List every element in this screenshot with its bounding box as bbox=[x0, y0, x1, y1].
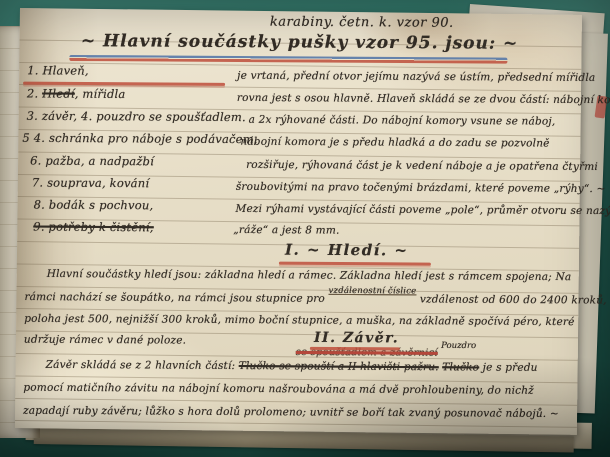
handwriting-segment: 5 4. schránka pro náboje s podávačem, bbox=[22, 131, 257, 146]
handwriting-segment: nábojní komora je s předu hladká a do za… bbox=[240, 136, 549, 150]
handwriting-segment: šroubovitými na pravo točenými brázdami,… bbox=[236, 181, 606, 195]
body-line: udržuje rámec v dané poloze. bbox=[24, 335, 186, 346]
list-item: 3. závěr, 4. pouzdro se spoušťadlem. bbox=[27, 111, 246, 124]
handwriting-segment: udržuje rámec v dané poloze. bbox=[24, 334, 186, 347]
body-line: „ráže“ a jest 8 mm. bbox=[233, 225, 339, 236]
handwriting-segment: rámci nachází se šoupátko, na rámci jsou… bbox=[24, 291, 328, 305]
list-item: 5 4. schránka pro náboje s podávačem, bbox=[22, 133, 257, 146]
handwriting-segment: 8. bodák s pochvou, bbox=[34, 198, 154, 213]
handwriting-segment: je vrtaná, přední otvor jejímu nazývá se… bbox=[237, 70, 595, 84]
handwriting-segment: 6. pažba, a nadpažbí bbox=[30, 154, 154, 169]
body-line: nábojní komora je s předu hladká a do za… bbox=[240, 137, 549, 149]
list-item: 6. pažba, a nadpažbí bbox=[30, 156, 154, 168]
body-line: a 2x rýhované části. Do nábojní komory v… bbox=[249, 115, 556, 127]
list-item: 2. Hledí, mířidla bbox=[27, 88, 126, 100]
section-heading: I. ~ Hledí. ~ bbox=[285, 243, 408, 259]
handwriting-segment: , mířidla bbox=[75, 87, 126, 101]
list-item: 7. souprava, kování bbox=[32, 178, 149, 190]
photo-background: karabiny. četn. k. vzor 90.~ Hlavní souč… bbox=[0, 0, 610, 457]
handwriting-segment: 9. potřeby k čistění, bbox=[33, 220, 153, 235]
body-line: šroubovitými na pravo točenými brázdami,… bbox=[236, 182, 606, 195]
handwriting-segment: ~ Hlavní součástky pušky vzor 95. jsou: … bbox=[81, 31, 519, 54]
handwriting-segment: Tlučko bbox=[442, 361, 479, 373]
section-heading: II. Závěr. bbox=[314, 331, 399, 346]
handwriting-segment: rovna jest s osou hlavně. Hlaveň skládá … bbox=[237, 92, 610, 106]
handwriting-segment: 1. Hlaveň, bbox=[27, 63, 89, 77]
handwriting-segment: II. Závěr. bbox=[314, 330, 399, 347]
notebook-page: karabiny. četn. k. vzor 90.~ Hlavní souč… bbox=[15, 8, 582, 435]
header-note: karabiny. četn. k. vzor 90. bbox=[270, 16, 454, 30]
handwriting-segment: Hledí bbox=[42, 86, 75, 100]
handwriting-segment: „ráže“ a jest 8 mm. bbox=[233, 224, 339, 237]
handwriting-segment: 2. bbox=[27, 86, 42, 100]
list-item: 1. Hlaveň, bbox=[27, 65, 89, 77]
handwriting-segment: 3. závěr, 4. pouzdro se spoušťadlem. bbox=[27, 109, 246, 124]
handwriting-segment: 7. souprava, kování bbox=[32, 176, 149, 191]
handwriting-segment: je s předu bbox=[479, 361, 538, 373]
handwriting-segment: Tlučko se spouští a II hlavišti pažru. bbox=[239, 360, 439, 373]
handwriting-segment: Mezi rýhami vystávající části poveme „po… bbox=[236, 203, 610, 217]
page-title: ~ Hlavní součástky pušky vzor 95. jsou: … bbox=[50, 33, 550, 53]
handwriting-segment: a 2x rýhované části. Do nábojní komory v… bbox=[249, 114, 556, 128]
handwriting-segment: vzdálenost od 600 do 2400 kroků, normáln… bbox=[416, 293, 610, 306]
handwriting-segment: I. ~ Hledí. ~ bbox=[285, 241, 408, 260]
body-line: rozšiřuje, rýhovaná část je k vedení náb… bbox=[246, 160, 598, 173]
body-line: je vrtaná, přední otvor jejímu nazývá se… bbox=[237, 71, 595, 84]
body-line: Mezi rýhami vystávající části poveme „po… bbox=[236, 204, 610, 217]
handwriting-segment: vzdálenostní číslice bbox=[329, 286, 417, 297]
red-underline-mark bbox=[310, 347, 400, 350]
body-line: rovna jest s osou hlavně. Hlaveň skládá … bbox=[237, 93, 610, 106]
handwriting-segment: Pouzdro bbox=[441, 341, 476, 351]
handwriting-segment: rozšiřuje, rýhovaná část je k vedení náb… bbox=[246, 159, 598, 173]
list-item: 9. potřeby k čistění, bbox=[33, 222, 153, 234]
handwriting-segment: karabiny. četn. k. vzor 90. bbox=[270, 15, 454, 31]
handwriting-segment: Závěr skládá se z 2 hlavních částí: bbox=[46, 359, 239, 372]
list-item: 8. bodák s pochvou, bbox=[34, 200, 154, 212]
